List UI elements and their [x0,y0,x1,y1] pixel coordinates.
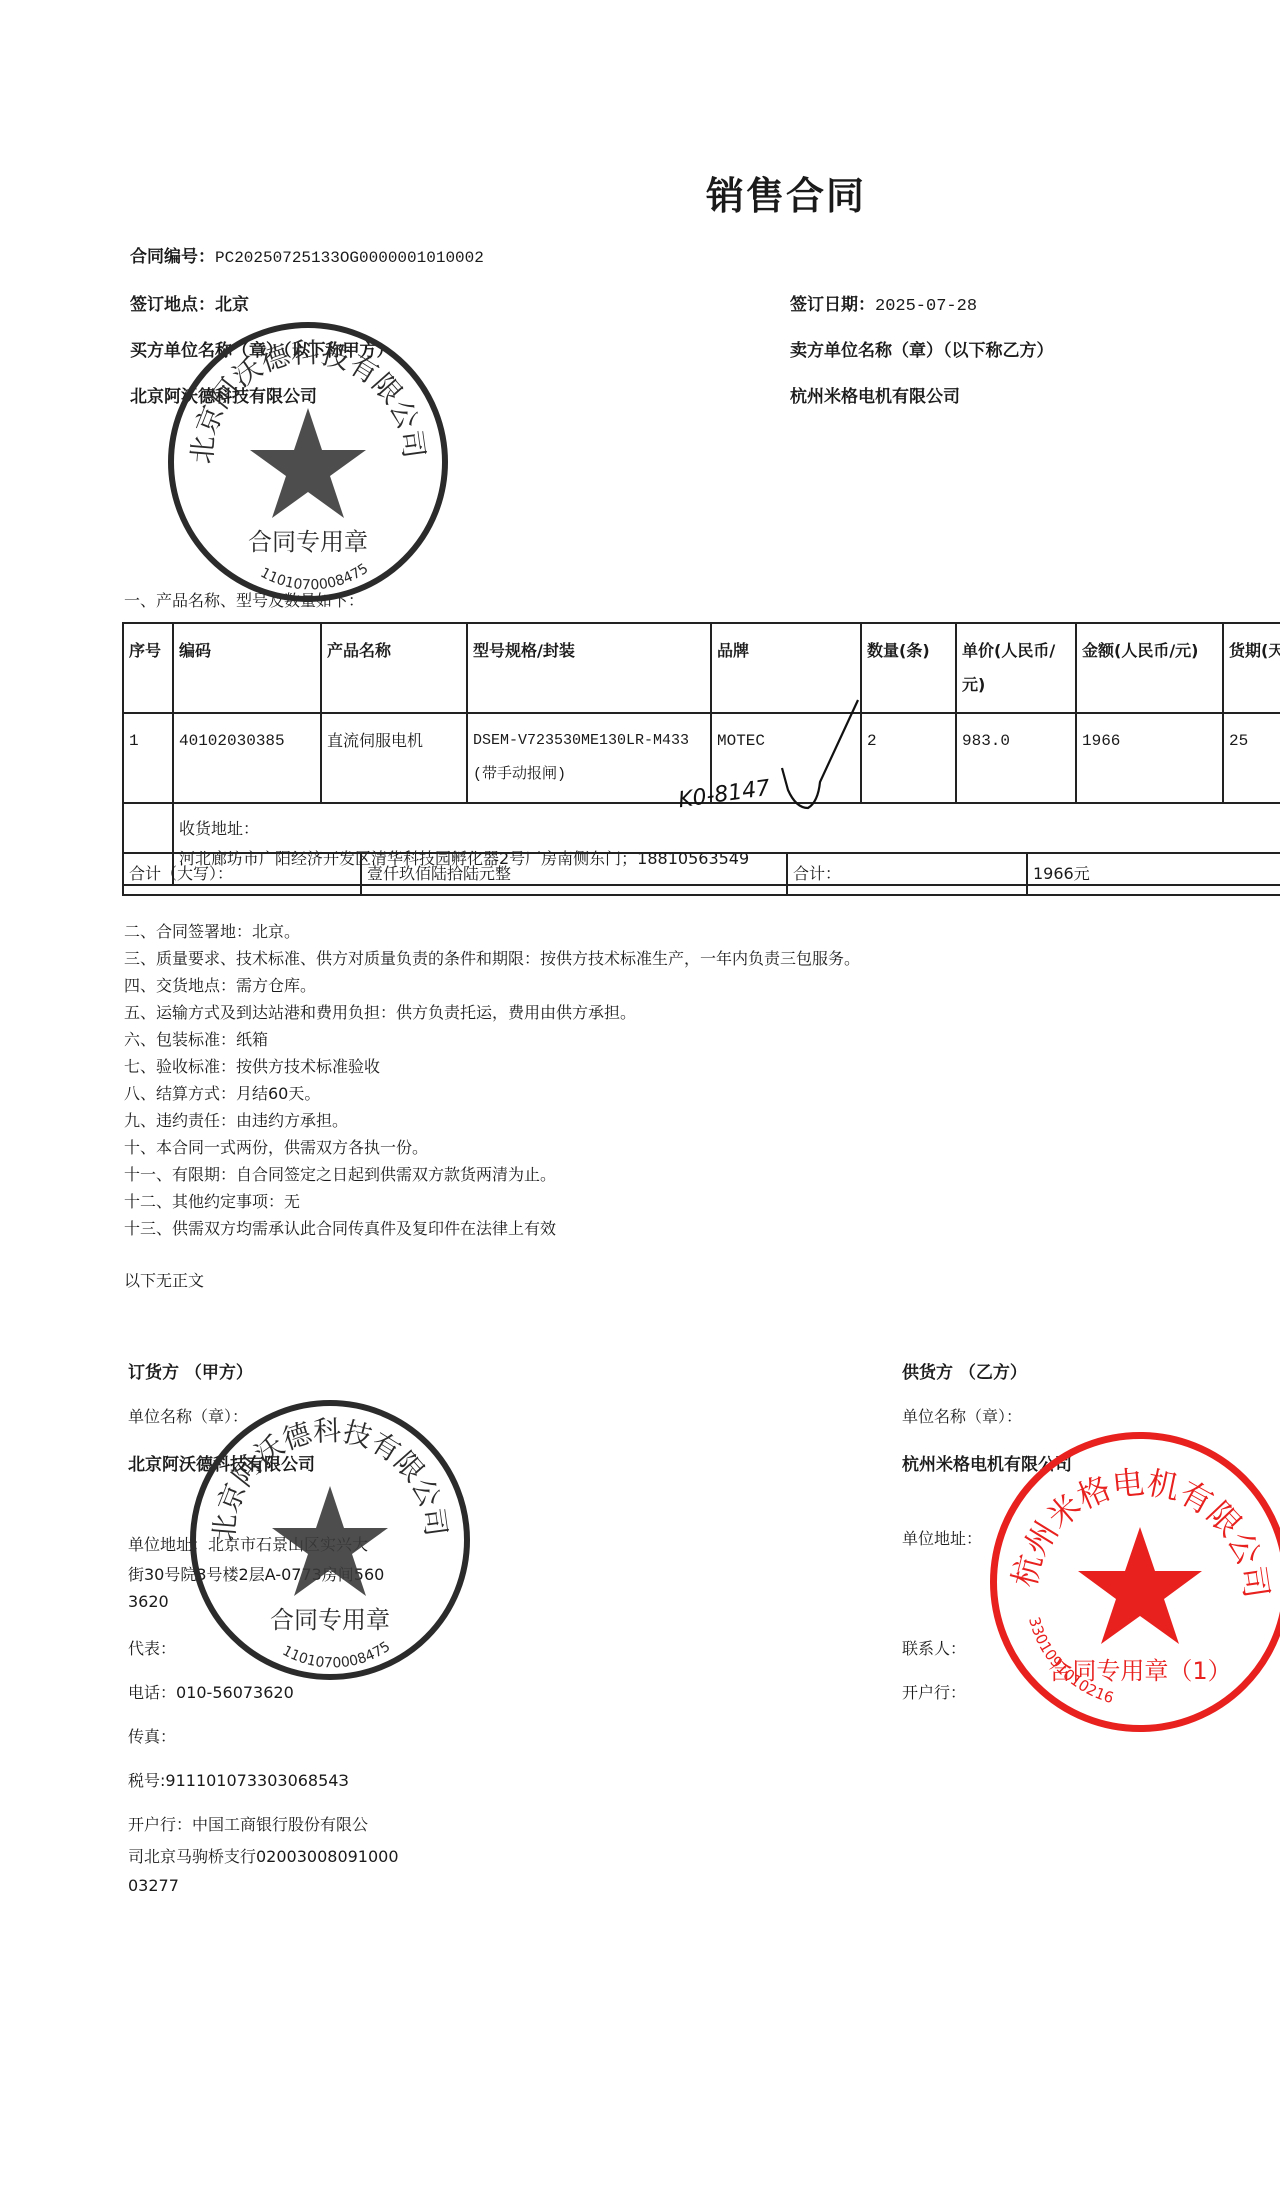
stamp-star-icon: 北京阿沃德科技有限公司 合同专用章 1101070008475 [174,328,442,596]
header-lead-time: 货期(天) [1223,623,1280,713]
totals-table: 合计（大写）： 壹仟玖佰陆拾陆元整 合计： 1966元 [122,852,1280,896]
clause-item: 十三、供需双方均需承认此合同传真件及复印件在法律上有效 [124,1215,860,1242]
cell-code: 40102030385 [173,713,321,803]
buyer-fax-label: 传真： [128,1724,176,1747]
sign-date-label: 签订日期： [790,295,875,315]
buyer-bank-line2: 司北京马驹桥支行02003008091000 [128,1844,399,1867]
sign-place-value: 北京 [215,295,249,315]
clause-item: 十一、有限期：自合同签定之日起到供需双方款货两清为止。 [124,1161,860,1188]
seller-name: 杭州米格电机有限公司 [790,382,960,407]
stamp-star-icon: 北京阿沃德科技有限公司 合同专用章 1101070008475 [196,1406,464,1674]
seller-block-heading: 供货方 （乙方） [902,1358,1027,1383]
clause-item: 二、合同签署地：北京。 [124,918,860,945]
contract-number-label: 合同编号： [130,247,215,267]
clause-item: 三、质量要求、技术标准、供方对质量负责的条件和期限：按供方技术标准生产，一年内负… [124,945,860,972]
stamp-sub: 合同专用章 [270,1606,390,1634]
stamp-star-icon: 杭州米格电机有限公司 合同专用章（1） 3301091010216 [997,1439,1280,1725]
seller-label: 卖方单位名称（章）（以下称乙方） [790,336,1054,361]
header-code: 编码 [173,623,321,713]
total-upper-value: 壹仟玖佰陆拾陆元整 [361,853,787,895]
stamp-serial: 1101070008475 [258,561,372,594]
header-amount: 金额(人民币/元) [1076,623,1223,713]
clause-item: 六、包装标准：纸箱 [124,1026,860,1053]
header-index: 序号 [123,623,173,713]
end-note: 以下无正文 [124,1268,204,1291]
clause-item: 九、违约责任：由违约方承担。 [124,1107,860,1134]
clauses-list: 二、合同签署地：北京。 三、质量要求、技术标准、供方对质量负责的条件和期限：按供… [124,918,860,1242]
cell-lead-time: 25 [1223,713,1280,803]
stamp-sub: 合同专用章 [248,528,368,556]
buyer-stamp-top: 北京阿沃德科技有限公司 合同专用章 1101070008475 [168,322,448,602]
sign-date: 签订日期：2025-07-28 [790,290,977,316]
clause-item: 四、交货地点：需方仓库。 [124,972,860,999]
buyer-phone-label: 电话： [128,1683,176,1702]
svg-text:1101070008475: 1101070008475 [280,1639,394,1672]
cell-unit-price: 983.0 [956,713,1076,803]
clause-item: 八、结算方式：月结60天。 [124,1080,860,1107]
cell-amount: 1966 [1076,713,1223,803]
stamp-serial: 1101070008475 [280,1639,394,1672]
buyer-block-heading: 订货方 （甲方） [128,1358,253,1383]
sign-place: 签订地点：北京 [130,290,249,315]
total-value: 1966元 [1027,853,1280,895]
buyer-tax-value: 91110107330306854З [165,1771,348,1790]
buyer-address-line3: 3620 [128,1592,169,1611]
document-title: 销售合同 [706,165,866,220]
totals-row: 合计（大写）： 壹仟玖佰陆拾陆元整 合计： 1966元 [123,853,1280,895]
seller-bank-label: 开户行： [902,1680,966,1703]
total-label: 合计： [787,853,1027,895]
buyer-phone: 电话：010-56073620 [128,1680,294,1703]
buyer-tax-label: 税号: [128,1771,165,1790]
buyer-tax: 税号:91110107330306854З [128,1768,349,1791]
seller-unit-name-label: 单位名称（章）： [902,1404,1022,1427]
buyer-rep-label: 代表： [128,1636,176,1659]
buyer-bank-line3: 03277 [128,1876,179,1895]
buyer-bank-line1: 开户行：中国工商银行股份有限公 [128,1812,368,1835]
buyer-stamp-bottom: 北京阿沃德科技有限公司 合同专用章 1101070008475 [190,1400,470,1680]
total-upper-label: 合计（大写）： [123,853,361,895]
seller-contact-label: 联系人： [902,1636,966,1659]
sign-date-value: 2025-07-28 [875,297,977,316]
sign-place-label: 签订地点： [130,295,215,315]
clause-item: 十二、其他约定事项：无 [124,1188,860,1215]
seller-stamp: 杭州米格电机有限公司 合同专用章（1） 3301091010216 [990,1432,1280,1732]
clause-item: 七、验收标准：按供方技术标准验收 [124,1053,860,1080]
cell-name: 直流伺服电机 [321,713,467,803]
header-name: 产品名称 [321,623,467,713]
svg-text:1101070008475: 1101070008475 [258,561,372,594]
clause-item: 五、运输方式及到达站港和费用负担：供方负责托运，费用由供方承担。 [124,999,860,1026]
contract-number: 合同编号：PC20250725133OG0000001010002 [130,242,484,267]
seller-address-label: 单位地址： [902,1526,982,1549]
contract-number-value: PC20250725133OG0000001010002 [215,249,484,267]
buyer-phone-value: 010-56073620 [176,1683,294,1702]
cell-index: 1 [123,713,173,803]
clause-item: 十、本合同一式两份，供需双方各执一份。 [124,1134,860,1161]
header-unit-price: 单价(人民币/元) [956,623,1076,713]
